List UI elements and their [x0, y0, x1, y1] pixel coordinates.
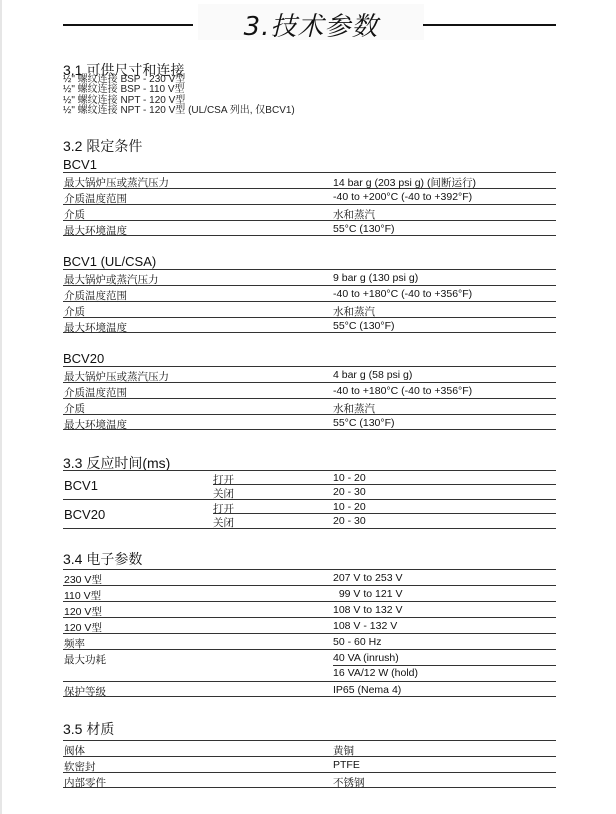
table-row: 软密封PTFE	[63, 756, 556, 772]
row-value: 55°C (130°F)	[333, 320, 395, 332]
close-value: 20 - 30	[333, 486, 366, 498]
page-title: 3.技术参数	[198, 6, 424, 43]
close-label: 关闭	[213, 486, 234, 501]
row-value: 99 V to 121 V	[333, 588, 402, 600]
table-row: 介质水和蒸汽	[63, 301, 556, 317]
materials-table: 阀体黄铜 软密封PTFE 内部零件不锈钢	[63, 740, 556, 788]
table-row: 120 V型108 V to 132 V	[63, 601, 556, 617]
open-value: 10 - 20	[333, 472, 366, 484]
close-row: 关闭20 - 30	[213, 485, 556, 499]
response-group-bcv20: BCV20 打开10 - 20 关闭20 - 30	[63, 500, 556, 529]
table-row: 最大锅炉压或蒸汽压力14 bar g (203 psi g) (间断运行)	[63, 172, 556, 188]
row-value: 4 bar g (58 psi g)	[333, 369, 412, 381]
table-row: 介质水和蒸汽	[63, 204, 556, 220]
row-label: 最大环境温度	[64, 223, 127, 238]
connection-item: ½" 螺纹连接 NPT - 120 V型 (UL/CSA 列出, 仅BCV1)	[63, 106, 295, 116]
group-title-bcv20: BCV20	[63, 351, 104, 366]
title-rule-left	[63, 24, 193, 26]
row-value: -40 to +180°C (-40 to +356°F)	[333, 385, 472, 397]
limits-table-bcv1: 最大锅炉压或蒸汽压力14 bar g (203 psi g) (间断运行) 介质…	[63, 172, 556, 236]
table-row: 110 V型 99 V to 121 V	[63, 585, 556, 601]
row-value: -40 to +180°C (-40 to +356°F)	[333, 288, 472, 300]
row-value: 55°C (130°F)	[333, 417, 395, 429]
model-label: BCV1	[64, 478, 98, 493]
table-row: 最大环境温度55°C (130°F)	[63, 317, 556, 333]
row-label: 保护等级	[64, 684, 106, 699]
table-row: 介质温度范围-40 to +180°C (-40 to +356°F)	[63, 382, 556, 398]
table-row: 16 VA/12 W (hold)	[63, 665, 556, 681]
table-row: 最大锅炉压或蒸汽压力4 bar g (58 psi g)	[63, 366, 556, 382]
open-row: 打开10 - 20	[213, 471, 556, 485]
response-group-bcv1: BCV1 打开10 - 20 关闭20 - 30	[63, 471, 556, 500]
title-rule-right	[423, 24, 556, 26]
row-value: 9 bar g (130 psi g)	[333, 272, 418, 284]
connection-list: ½" 螺纹连接 BSP - 230 V型 ½" 螺纹连接 BSP - 110 V…	[63, 75, 295, 116]
page-edge	[0, 0, 2, 814]
limits-table-bcv1-ulcsa: 最大锅炉或蒸汽压力9 bar g (130 psi g) 介质温度范围-40 t…	[63, 269, 556, 333]
table-row: 阀体黄铜	[63, 740, 556, 756]
close-row: 关闭20 - 30	[213, 514, 556, 528]
section-heading-limits: 3.2 限定条件	[63, 136, 142, 156]
table-row: 介质温度范围-40 to +180°C (-40 to +356°F)	[63, 285, 556, 301]
model-label: BCV20	[64, 507, 105, 522]
table-row: 内部零件不锈钢	[63, 772, 556, 788]
open-value: 10 - 20	[333, 501, 366, 513]
table-row: 230 V型207 V to 253 V	[63, 569, 556, 585]
limits-table-bcv20: 最大锅炉压或蒸汽压力4 bar g (58 psi g) 介质温度范围-40 t…	[63, 366, 556, 430]
table-row: 保护等级IP65 (Nema 4)	[63, 681, 556, 697]
page-header: 3.技术参数	[0, 0, 616, 50]
table-row: 最大锅炉或蒸汽压力9 bar g (130 psi g)	[63, 269, 556, 285]
close-value: 20 - 30	[333, 515, 366, 527]
row-value: -40 to +200°C (-40 to +392°F)	[333, 191, 472, 203]
row-value: 16 VA/12 W (hold)	[333, 667, 418, 679]
row-value: 207 V to 253 V	[333, 572, 402, 584]
sub-row-divider	[333, 665, 556, 666]
table-row: 介质水和蒸汽	[63, 398, 556, 414]
table-row: 介质温度范围-40 to +200°C (-40 to +392°F)	[63, 188, 556, 204]
row-value: IP65 (Nema 4)	[333, 684, 401, 696]
row-value: 50 - 60 Hz	[333, 636, 381, 648]
electrical-table: 230 V型207 V to 253 V 110 V型 99 V to 121 …	[63, 569, 556, 697]
table-row: 120 V型108 V - 132 V	[63, 617, 556, 633]
row-value: 40 VA (inrush)	[333, 652, 399, 664]
open-row: 打开10 - 20	[213, 500, 556, 514]
row-label: 最大环境温度	[64, 417, 127, 432]
row-value: 不锈钢	[333, 775, 365, 790]
row-label: 内部零件	[64, 775, 106, 790]
table-row: 最大功耗40 VA (inrush)	[63, 649, 556, 665]
row-value: PTFE	[333, 759, 360, 771]
group-title-bcv1-ulcsa: BCV1 (UL/CSA)	[63, 254, 156, 269]
table-row: 最大环境温度55°C (130°F)	[63, 414, 556, 430]
table-row: 频率50 - 60 Hz	[63, 633, 556, 649]
close-label: 关闭	[213, 515, 234, 530]
table-row: 最大环境温度55°C (130°F)	[63, 220, 556, 236]
row-value: 108 V to 132 V	[333, 604, 402, 616]
row-value: 55°C (130°F)	[333, 223, 395, 235]
section-heading-materials: 3.5 材质	[63, 719, 114, 739]
group-title-bcv1: BCV1	[63, 157, 97, 172]
row-value: 108 V - 132 V	[333, 620, 397, 632]
response-time-table: BCV1 打开10 - 20 关闭20 - 30 BCV20 打开10 - 20…	[63, 470, 556, 529]
section-heading-electrical: 3.4 电子参数	[63, 549, 142, 569]
row-label: 最大环境温度	[64, 320, 127, 335]
